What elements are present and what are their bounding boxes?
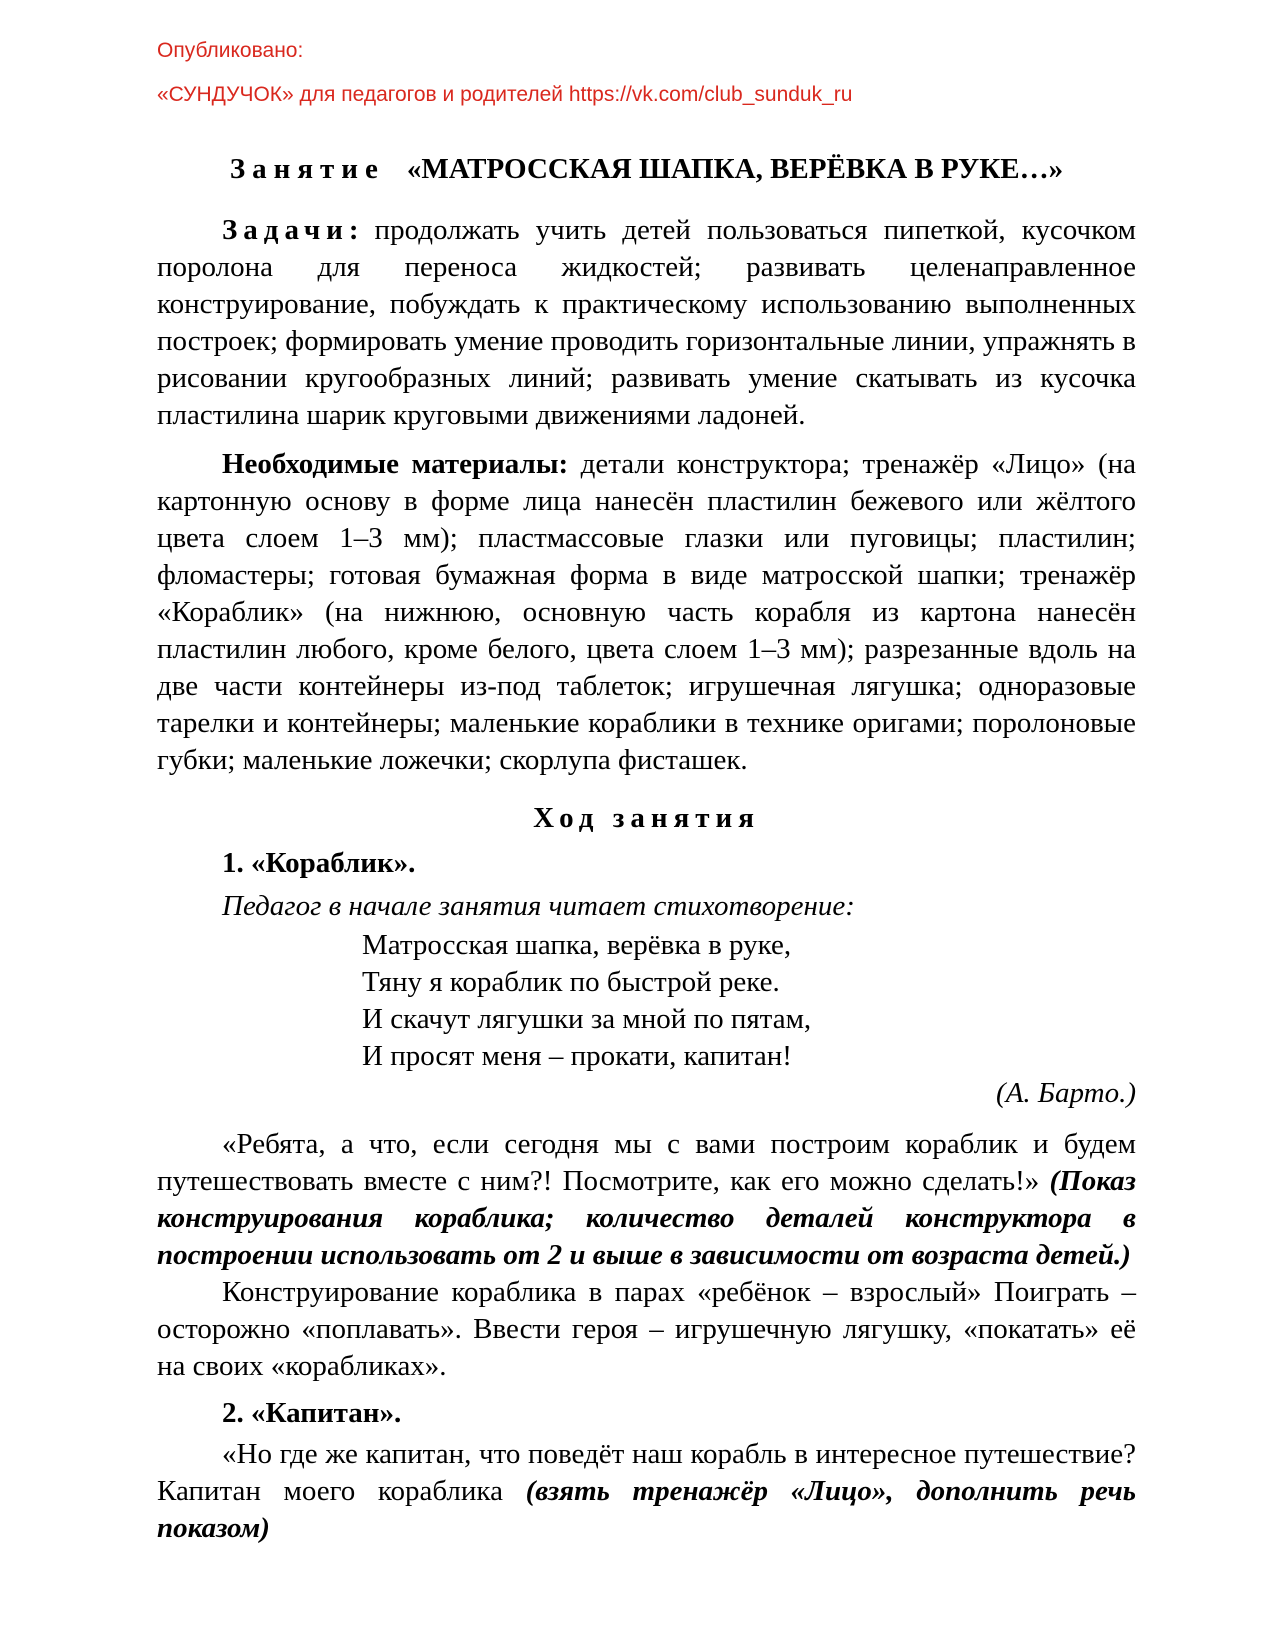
poem-line: И просят меня – прокати, капитан! [362, 1038, 1136, 1075]
dialogue-text: «Ребята, а что, если сегодня мы с вами п… [157, 1128, 1136, 1197]
poem-intro: Педагог в начале занятия читает стихотво… [157, 888, 1136, 925]
title-prefix: Занятие [230, 153, 385, 185]
poem: Матросская шапка, верёвка в руке, Тяну я… [362, 927, 1136, 1075]
poem-line: Матросская шапка, верёвка в руке, [362, 927, 1136, 964]
materials-label: Необходимые материалы: [222, 448, 568, 480]
poem-author: (А. Барто.) [157, 1075, 1136, 1112]
section-2-title: 2. «Капитан». [157, 1395, 1136, 1432]
materials-paragraph: Необходимые материалы: детали конструкто… [157, 446, 1136, 779]
document-content: Опубликовано: «СУНДУЧОК» для педагогов и… [0, 0, 1275, 1547]
section-1-title: 1. «Кораблик». [157, 845, 1136, 882]
header-source-line: «СУНДУЧОК» для педагогов и родителей htt… [157, 82, 1136, 108]
document-page: Опубликовано: «СУНДУЧОК» для педагогов и… [0, 0, 1275, 1650]
document-title: Занятие«МАТРОССКАЯ ШАПКА, ВЕРЁВКА В РУКЕ… [157, 150, 1136, 188]
tasks-paragraph: Задачи:продолжать учить детей пользовать… [157, 212, 1136, 434]
materials-text: детали конструктора; тренажёр «Лицо» (на… [157, 448, 1136, 776]
poem-line: Тяну я кораблик по быстрой реке. [362, 964, 1136, 1001]
captain-paragraph: «Но где же капитан, что поведёт наш кора… [157, 1436, 1136, 1547]
published-label: Опубликовано: [157, 39, 303, 62]
title-name: «МАТРОССКАЯ ШАПКА, ВЕРЁВКА В РУКЕ…» [407, 153, 1063, 185]
lesson-heading: Ход занятия [157, 799, 1136, 837]
tasks-text: продолжать учить детей пользоваться пипе… [157, 214, 1136, 431]
poem-line: И скачут лягушки за мной по пятам, [362, 1001, 1136, 1038]
source-text: «СУНДУЧОК» для педагогов и родителей htt… [157, 83, 852, 106]
tasks-label: Задачи: [222, 214, 365, 246]
construction-paragraph: Конструирование кораблика в парах «ребён… [157, 1274, 1136, 1385]
header-published-line: Опубликовано: [157, 38, 1136, 64]
dialogue-paragraph: «Ребята, а что, если сегодня мы с вами п… [157, 1126, 1136, 1274]
